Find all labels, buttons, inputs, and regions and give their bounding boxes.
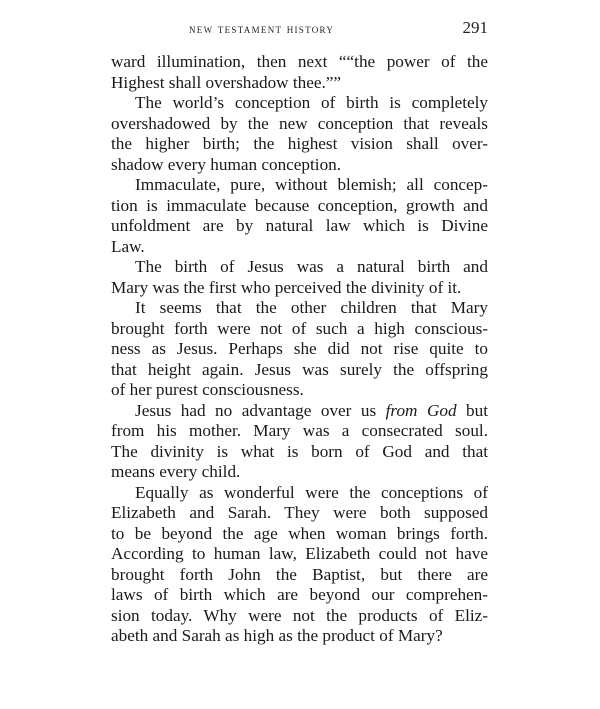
paragraph: Jesus had no advantage over us from God … [111,401,488,483]
running-title: New Testament History [189,22,334,37]
text-line: The birth of Jesus was a natural birth a… [111,257,488,278]
text-line: Jesus had no advantage over us from God … [111,401,488,422]
text-line: brought forth John the Baptist, but ther… [111,565,488,586]
text-line: from his mother. Mary was a consecrated … [111,421,488,442]
text-line: The divinity is what is born of God and … [111,442,488,463]
text-run: Jesus had no advantage over us [135,401,386,420]
text-line: Elizabeth and Sarah. They were both supp… [111,503,488,524]
italic-text-run: from God [386,401,457,420]
page-number: 291 [463,18,489,38]
paragraph: The world’s conception of birth is compl… [111,93,488,175]
text-line: overshadowed by the new conception that … [111,114,488,135]
text-line: sion today. Why were not the products of… [111,606,488,627]
text-line: Immaculate, pure, without blemish; all c… [111,175,488,196]
text-line: that height again. Jesus was surely the … [111,360,488,381]
text-line: abeth and Sarah as high as the product o… [111,626,488,647]
text-line: tion is immaculate because conception, g… [111,196,488,217]
text-line: means every child. [111,462,488,483]
text-line: to be beyond the age when woman brings f… [111,524,488,545]
text-line: the higher birth; the highest vision sha… [111,134,488,155]
text-line: Law. [111,237,488,258]
text-line: Highest shall overshadow thee.”” [111,73,488,94]
text-line: ward illumination, then next ““the power… [111,52,488,73]
paragraph: ward illumination, then next ““the power… [111,52,488,93]
text-line: unfoldment are by natural law which is D… [111,216,488,237]
text-line: The world’s conception of birth is compl… [111,93,488,114]
text-line: ness as Jesus. Perhaps she did not rise … [111,339,488,360]
paragraph: It seems that the other children that Ma… [111,298,488,401]
text-line: It seems that the other children that Ma… [111,298,488,319]
running-head: New Testament History 291 [111,18,488,40]
text-line: Equally as wonderful were the conception… [111,483,488,504]
paragraph: The birth of Jesus was a natural birth a… [111,257,488,298]
text-line: shadow every human conception. [111,155,488,176]
paragraph: Immaculate, pure, without blemish; all c… [111,175,488,257]
text-line: of her purest consciousness. [111,380,488,401]
body-text: ward illumination, then next ““the power… [111,52,488,647]
text-line: brought forth were not of such a high co… [111,319,488,340]
text-run: but [457,401,488,420]
text-line: According to human law, Elizabeth could … [111,544,488,565]
paragraph: Equally as wonderful were the conception… [111,483,488,647]
text-line: Mary was the first who perceived the div… [111,278,488,299]
text-line: laws of birth which are beyond our compr… [111,585,488,606]
